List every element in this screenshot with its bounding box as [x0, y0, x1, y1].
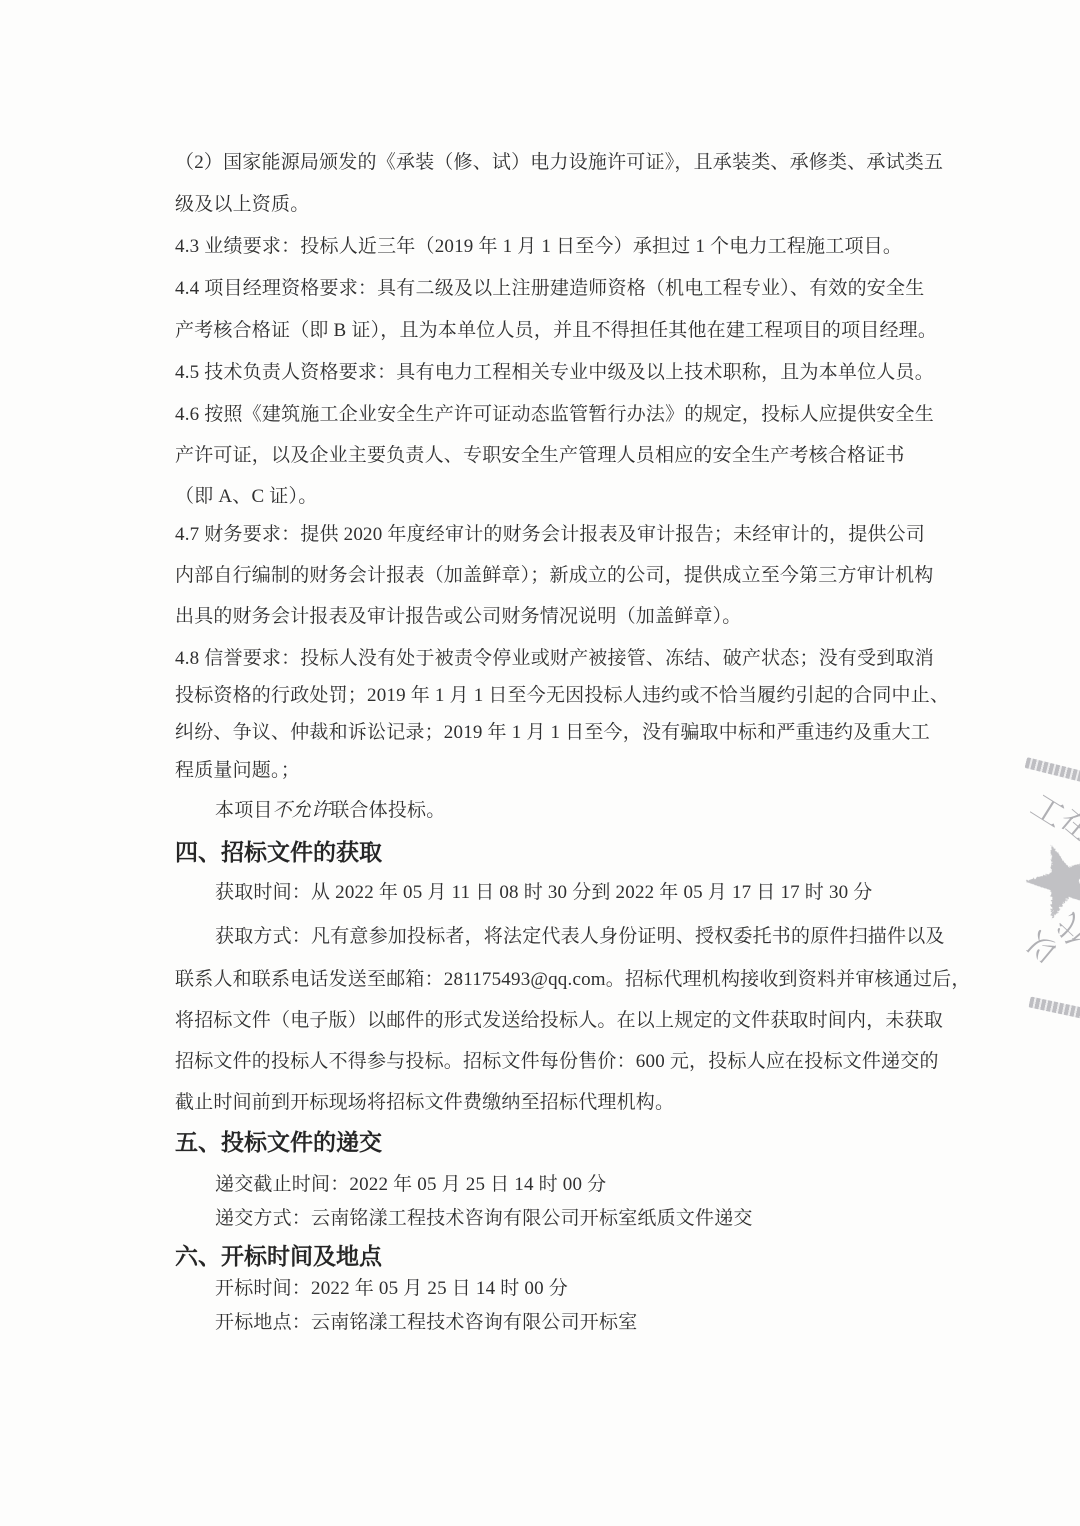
doc-line: 4.8 信誉要求：投标人没有处于被责令停业或财产被接管、冻结、破产状态；没有受到…: [175, 644, 935, 674]
seal-arc-bottom: [1028, 997, 1080, 1019]
seal-character: 工: [1023, 781, 1075, 837]
doc-line: 联系人和联系电话发送至邮箱：281175493@qq.com。招标代理机构接收到…: [175, 965, 935, 995]
doc-line: 将招标文件（电子版）以邮件的形式发送给投标人。在以上规定的文件获取时间内，未获取: [175, 1006, 935, 1036]
doc-line: 截止时间前到开标现场将招标文件费缴纳至招标代理机构。: [175, 1088, 935, 1118]
seal-character: 代: [1046, 906, 1080, 955]
section-heading-bid-opening: 六、开标时间及地点: [175, 1240, 382, 1272]
joint-venture-post: 联合体投标。: [330, 800, 445, 821]
joint-venture-statement: 本项目不允许联合体投标。: [215, 796, 975, 826]
doc-line: 获取方式：凡有意参加投标者，将法定代表人身份证明、授权委托书的原件扫描件以及: [215, 922, 975, 952]
doc-line: 4.5 技术负责人资格要求：具有电力工程相关专业中级及以上技术职称，且为本单位人…: [175, 358, 935, 388]
doc-line: 产许可证，以及企业主要负责人、专职安全生产管理人员相应的安全生产考核合格证书: [175, 441, 935, 471]
doc-line: 递交截止时间：2022 年 05 月 25 日 14 时 00 分: [215, 1170, 975, 1200]
doc-line: 4.6 按照《建筑施工企业安全生产许可证动态监管暂行办法》的规定，投标人应提供安…: [175, 400, 935, 430]
doc-line: 产考核合格证（即 B 证），且为本单位人员，并且不得担任其他在建工程项目的项目经…: [175, 316, 935, 346]
joint-venture-emphasis: 不允许: [273, 800, 331, 821]
section-heading-obtain-documents: 四、招标文件的获取: [175, 836, 382, 868]
doc-line: （即 A、C 证）。: [175, 482, 935, 512]
seal-star-icon: [1005, 827, 1080, 933]
seal-arc-top: [1025, 757, 1080, 782]
seal-character: 在: [1052, 796, 1080, 849]
doc-line: 级及以上资质。: [175, 190, 935, 220]
doc-line: 招标文件的投标人不得参与投标。招标文件每份售价：600 元，投标人应在投标文件递…: [175, 1047, 935, 1077]
doc-line: 4.7 财务要求：提供 2020 年度经审计的财务会计报表及审计报告；未经审计的…: [175, 520, 935, 550]
official-seal-stamp: 工 在 以 代: [1005, 750, 1080, 1030]
joint-venture-pre: 本项目: [215, 800, 273, 821]
doc-line: 4.3 业绩要求：投标人近三年（2019 年 1 月 1 日至今）承担过 1 个…: [175, 232, 935, 262]
doc-line: 开标地点：云南铭漾工程技术咨询有限公司开标室: [215, 1308, 975, 1338]
doc-line: 纠纷、争议、仲裁和诉讼记录；2019 年 1 月 1 日至今，没有骗取中标和严重…: [175, 718, 935, 748]
doc-line: 4.4 项目经理资格要求：具有二级及以上注册建造师资格（机电工程专业）、有效的安…: [175, 274, 935, 304]
doc-line: 程质量问题。；: [175, 756, 935, 786]
section-heading-submit-documents: 五、投标文件的递交: [175, 1126, 382, 1158]
doc-line: 开标时间：2022 年 05 月 25 日 14 时 00 分: [215, 1274, 975, 1304]
doc-line: 内部自行编制的财务会计报表（加盖鲜章）；新成立的公司，提供成立至今第三方审计机构: [175, 561, 935, 591]
doc-line: 投标资格的行政处罚；2019 年 1 月 1 日至今无因投标人违约或不恰当履约引…: [175, 681, 935, 711]
doc-line: 递交方式：云南铭漾工程技术咨询有限公司开标室纸质文件递交: [215, 1204, 975, 1234]
document-page: （2）国家能源局颁发的《承装（修、试）电力设施许可证》，且承装类、承修类、承试类…: [0, 0, 1080, 1526]
doc-line: 获取时间：从 2022 年 05 月 11 日 08 时 30 分到 2022 …: [215, 878, 975, 908]
doc-line: 出具的财务会计报表及审计报告或公司财务情况说明（加盖鲜章）。: [175, 602, 935, 632]
seal-character: 以: [1017, 923, 1066, 973]
doc-line: （2）国家能源局颁发的《承装（修、试）电力设施许可证》，且承装类、承修类、承试类…: [175, 148, 935, 178]
